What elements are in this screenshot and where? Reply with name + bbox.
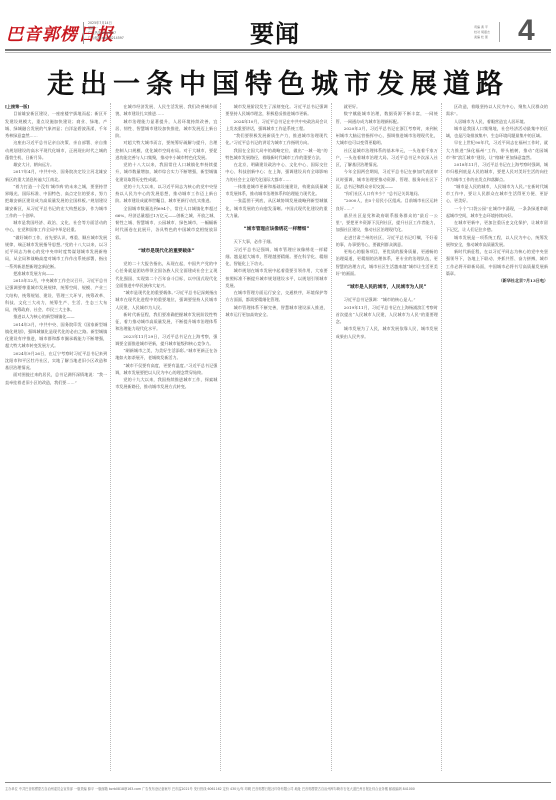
paragraph: 一体推进城市更新和基础设施建设，构建高质量城市发展体系，推动城市治理体系和治理能… (225, 183, 327, 198)
paragraph: 早在上世纪90年代，习近平同志在福州工作时，就大力推进“绿化福州”工作，带头植树… (446, 139, 548, 161)
paragraph: 城市发展阶段发生了深刻变化。习近平总书记强调要坚持人民城市理念，积极稳妥推进城市… (225, 103, 327, 118)
paragraph: “城市是人民的城市，人民城市为人民。”在新时代城市工作中，要让人民群众在城市生活… (446, 183, 548, 205)
paragraph: 城市是我国人口集聚地，社会经济活动最集中的区域，也是污染排放集中、生态环境问题最… (446, 125, 548, 140)
paragraph: 走进甘肃兰州的社区，习近平总书记叮嘱，不好看的事，办事要用心，要做到群众满意。 (336, 234, 438, 249)
paragraph: 更贴心的服务项目，更优质的服务质量，更通畅的治理渠道，更精细的治理体系，更专业的… (336, 248, 438, 277)
paragraph: 基层社区是党和政府联系服务群众的“最后一公里”，要把更多资源下沉到社区，提升社区… (336, 212, 438, 234)
paragraph: 城市治理能力显著提升，人居环境持续改善，宜居、韧性、智慧城市建设加快推进，城市发… (115, 118, 217, 140)
article-column: 城市发展阶段发生了深刻变化。习近平总书记强调要坚持人民城市理念，积极稳妥推进城市… (225, 103, 331, 771)
page-number: 4 (518, 14, 535, 48)
paragraph: 2015年12月，中央城市工作会议召开，习近平总书记强调要尊重城市发展规律，统筹… (5, 277, 107, 313)
paragraph: 习近平总书记强调，城市管理应该像绣花一样精细。越是超大城市，管理越要精细。要在科… (225, 246, 327, 268)
article-column: [上接第一版]目前雄安新区建设，一座座楼宇拔地而起；新区开发建设规模大，重点设施… (5, 103, 111, 771)
paragraph: 党的二十大报告指出，从现在起，中国共产党的中心任务就是团结带领全国各族人民全面建… (115, 260, 217, 289)
paragraph: 党的十九大以来，以习近平同志为核心的党中央坚持以人民为中心的发展思想，推动城市工… (115, 183, 217, 205)
section-subheading: “城市是人民的城市，人民城市为人民” (336, 284, 438, 291)
wire-credit: （新华社北京7月13日电） (446, 277, 548, 284)
paragraph: “你们社区人口有多少？”总书记关切地问。 (336, 190, 438, 197)
paragraph: 人居城市为人民，着眼营造宜人居环境。 (446, 118, 548, 125)
section-subheading: “城市管理应该像绣花一样精细” (225, 226, 327, 233)
paragraph: 2017年4月，中共中央、国务院决定设立河北雄安新区的重大消息传遍大江南北。 (5, 168, 107, 183)
section-subheading: “城市是现代化的重要载体” (115, 248, 217, 255)
article-column: 就更好。数字赋能城市治理，数据资源不断丰富，一网统管、一网通办成为城市治理新标配… (336, 103, 442, 771)
continuation-marker: [上接第一版] (5, 103, 107, 110)
paragraph: 城市发展是一项系统工程，以人民为中心，统筹发展和安全，推动城市高质量发展。 (446, 234, 548, 249)
paragraph: 新时代新征程，我们要准确把握城市发展阶段性特征，着力推动城市高质量发展，不断提升… (115, 311, 217, 333)
paragraph: “着力打造一个没有‘城市病’的未来之城，要坚持世界眼光、国际标准、中国特色、高点… (5, 183, 107, 219)
paragraph: 2023年11月29日，习近平总书记在上海考察，强调要全面推进城市更新，提升城市… (115, 333, 217, 348)
paragraph: 对超大特大城市而言，要统筹好疏解与提升，合理控制人口规模，优化城市空间布局。对于… (115, 139, 217, 161)
article-column: 区改造，着眼坚持以人民为中心，聚焦人民群众的需求”。人居城市为人民，着眼营造宜人… (446, 103, 551, 771)
paragraph: “我们要积极发展新质生产力，推进城市治理现代化。”习近平总书记的讲话为城市工作指… (225, 132, 327, 147)
article-column: 在城市经济发展、人民生活发展、我们改善城乡面貌、城市建设扎实推进……城市治理能力… (115, 103, 221, 771)
paragraph: 在城市更新中，更加注重历史文化保护，让城市留下记忆，让人们记住乡愁。 (446, 219, 548, 234)
paragraph: 2018年11月，习近平总书记在上海考察时强调，城市归根到底是人民的城市，要把人… (446, 161, 548, 183)
paragraph: 全国城市数量达到694个，常住人口城镇化率超过66%，经济总量超过1万亿元——创… (115, 205, 217, 241)
paragraph: “刷新城市之美，为美好生活添彩。”城市更新正在各地如火如荼展开，老城焕发新活力。 (115, 347, 217, 362)
paragraph: 一个个“口袋公园”在城市中涌现，一条条绿道串联起城市空间，城市生态环境持续向好。 (446, 205, 548, 220)
header-rule-thin (5, 52, 551, 53)
headline: 走出一条中国特色城市发展道路 (0, 62, 556, 101)
paragraph: “做好城市工作，首先要认识、尊重、顺应城市发展规律，端正城市发展指导思想。”党的… (5, 234, 107, 270)
paragraph: 数字赋能城市治理，数据资源不断丰富，一网统管、一网通办成为城市治理新标配。 (336, 110, 438, 125)
paragraph: 新时代新征程，在以习近平同志为核心的党中央坚强领导下，各地上下联动、齐抓共管、奋… (446, 248, 548, 277)
paragraph: “2000人，由5个居民小区组成。目前城市社区运转良好……” (336, 197, 438, 212)
paragraph: 这座由习近平总书记亲自决策、亲自部署、亲自推动规划建设的高水平现代化城市，正展现… (5, 139, 107, 161)
paragraph: 2019年11月，习近平总书记在上海杨浦滨江考察时首次提出“人民城市人民建，人民… (336, 304, 438, 326)
paragraph: 面对围拢过来的居民，总书记满怀深情地说：“我一直牵挂着老旧小区的改造，我们要……… (5, 371, 107, 386)
paragraph: 就更好。 (336, 103, 438, 110)
paragraph: 目前雄安新区建设，一座座楼宇拔地而起；新区开发建设规模大，重点设施加快建设；商业… (5, 110, 107, 139)
paragraph: 今年全国两会期间，习近平总书记在参加代表团审议时强调，城市治理要推动资源、管理、… (336, 168, 438, 190)
paragraph: 城市发展为了人民，城市发展依靠人民，城市发展成果由人民共享。 (336, 325, 438, 340)
masthead: 巴音郭楞日报 2025年7月14日 星期一 广告热线:6214597 广告邮箱:… (0, 0, 556, 52)
paragraph: 社区是城市治理体系的基本单元，一头连着千家万户，一头连着城市治理大局。习近平总书… (336, 147, 438, 169)
header-rule (5, 49, 551, 51)
paragraph: 一张蓝图干到底，从区域协调发展战略到新型城镇化，城市发展的方向愈发清晰。中国式现… (225, 197, 327, 219)
editor-credits: 责编 黄 平 校对 胡嘉志 美编 杜 蕾 (474, 25, 490, 40)
paragraph: 在城市管理方面运行安全，交通秩序，环境保护等方方面面，都需要精细化管理。 (225, 289, 327, 304)
paragraph: “城市是现代化的重要载体。”习近平总书记深刻指出城市在现代化进程中的重要地位，强… (115, 289, 217, 311)
paragraph: 城市规划在城市发展中起着重要引领作用，大家要按照标准不断提升城市规划建设水平，以… (225, 267, 327, 289)
paragraph: 城市是我国经济、政治、文化、社会等方面活动的中心，在党和国家工作全局中举足轻重。 (5, 219, 107, 234)
footer-rule (5, 782, 551, 783)
section-title: 要闻 (250, 14, 300, 49)
divider (499, 22, 500, 42)
paragraph: 把准城市发展方向—— (5, 270, 107, 277)
paragraph: 在城市经济发展、人民生活发展、我们改善城乡面貌、城市建设扎实推进…… (115, 103, 217, 118)
paragraph: 2020年3月，习近平总书记在浙江考察时，来到杭州城市大脑运营指挥中心，强调推进… (336, 125, 438, 147)
paragraph: 雄安大计，朝向远方。 (5, 161, 107, 168)
paragraph: 党的十九大以来，我国持续推进城市工作，探索城市发展新路径，推动城市发展方式转变。 (115, 376, 217, 391)
article-body: [上接第一版]目前雄安新区建设，一座座楼宇拔地而起；新区开发建设规模大，重点设施… (5, 103, 551, 771)
paragraph: 党的十八大以来，我国常住人口城镇化率持续提升，城市数量增加，城市综合实力不断增强… (115, 161, 217, 183)
paragraph: 2024年9月26日，在辽宁考察时习近平总书记来到沈阳市和平区牡丹社区，实地了解… (5, 350, 107, 372)
issue-meta: 2025年7月14日 星期一 广告热线:6214597 广告邮箱:abcd621… (88, 21, 124, 41)
paragraph: 2024年10月，习近平总书记在中共中央政治局会议上发表重要讲话，强调城市工作是… (225, 118, 327, 133)
paragraph: 天下大事，必作于细。 (225, 238, 327, 245)
paragraph: 在北京，明确建设政治中心、文化中心、国际交往中心、科技创新中心；在上海，强调建设… (225, 161, 327, 183)
editor-line: 美编 杜 蕾 (474, 35, 490, 40)
paragraph: 区改造，着眼坚持以人民为中心，聚焦人民群众的需求”。 (446, 103, 548, 118)
ad-email: 广告邮箱:abcd6214597 (88, 36, 124, 41)
paragraph: 城市管理体系不断完善，智慧城市建设深入推进，城市运行更加高效安全。 (225, 304, 327, 319)
paragraph: 2014年3月，中共中央、国务院印发《国家新型城镇化规划》，强调城镇化是现代化的… (5, 321, 107, 350)
divider (83, 22, 84, 44)
paragraph: 习近平总书记强调：“城市的核心是人。” (336, 296, 438, 303)
publisher-footer: 主办单位 中共巴音郭楞蒙古自治州委员会宣传部 一版责编 薛平 一版邮箱 bzrb… (5, 786, 551, 791)
paragraph: 我国在全国大局中的战略定位，做出“一城一地”的特色城市发展路径，着眼新时代城市工… (225, 147, 327, 162)
paragraph: “城市不仅要有高度，更要有温度。”习近平总书记强调，城市发展要把以人民为中心的理… (115, 362, 217, 377)
paragraph: 推进以人为核心的新型城镇化—— (5, 313, 107, 320)
